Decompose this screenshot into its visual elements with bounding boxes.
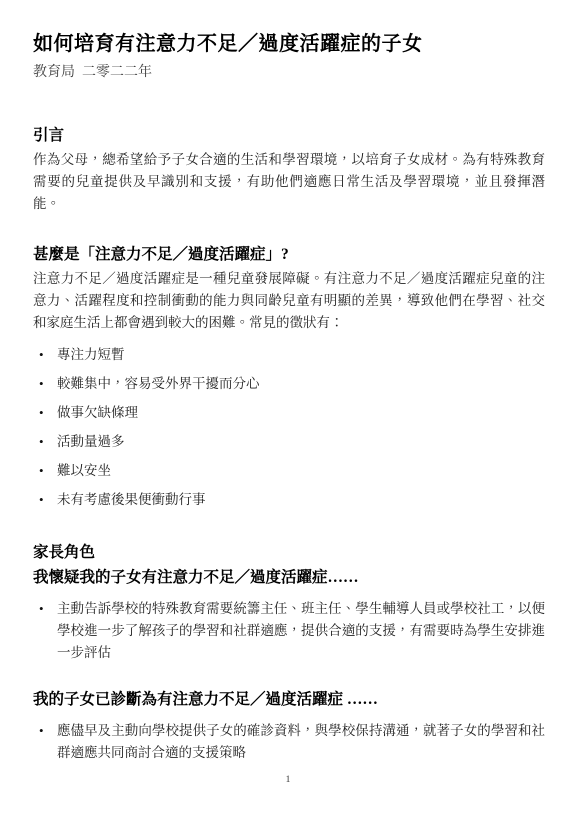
parent-role-heading: 家長角色 — [33, 543, 545, 563]
symptom-text: 較難集中，容易受外界干擾而分心 — [57, 376, 260, 391]
what-is-adhd-heading: 甚麼是「注意力不足／過度活躍症」? — [33, 245, 545, 265]
symptom-text: 做事欠缺條理 — [57, 405, 138, 420]
symptom-item: • 活動量過多 — [33, 431, 545, 453]
diagnosed-advice-list: • 應儘早及主動向學校提供子女的確診資料，與學校保持溝通，就著子女的學習和社群適… — [33, 720, 545, 764]
symptom-item: • 難以安坐 — [33, 460, 545, 482]
bullet-icon: • — [39, 431, 63, 453]
bullet-icon: • — [39, 373, 63, 395]
advice-item: • 應儘早及主動向學校提供子女的確診資料，與學校保持溝通，就著子女的學習和社群適… — [33, 720, 545, 764]
bullet-icon: • — [39, 344, 63, 366]
bullet-icon: • — [39, 460, 63, 482]
diagnosed-adhd-subheading: 我的子女已診斷為有注意力不足／過度活躍症 …… — [33, 690, 545, 710]
document-page: 如何培育有注意力不足／過度活躍症的子女 教育局 二零二二年 引言 作為父母，總希… — [0, 0, 576, 817]
bullet-icon: • — [39, 598, 63, 620]
symptom-text: 未有考慮後果便衝動行事 — [57, 492, 206, 507]
advice-text: 應儘早及主動向學校提供子女的確診資料，與學校保持溝通，就著子女的學習和社群適應共… — [57, 723, 545, 760]
symptom-item: • 專注力短暫 — [33, 344, 545, 366]
symptom-item: • 未有考慮後果便衝動行事 — [33, 489, 545, 511]
symptom-text: 專注力短暫 — [57, 347, 125, 362]
advice-item: • 主動告訴學校的特殊教育需要統籌主任、班主任、學生輔導人員或學校社工，以便學校… — [33, 598, 545, 664]
bullet-icon: • — [39, 489, 63, 511]
bullet-icon: • — [39, 720, 63, 742]
symptom-text: 活動量過多 — [57, 434, 125, 449]
page-number: 1 — [0, 774, 576, 786]
suspect-adhd-subheading: 我懷疑我的子女有注意力不足／過度活躍症…… — [33, 568, 545, 588]
symptom-text: 難以安坐 — [57, 463, 111, 478]
symptom-item: • 做事欠缺條理 — [33, 402, 545, 424]
suspect-advice-list: • 主動告訴學校的特殊教育需要統籌主任、班主任、學生輔導人員或學校社工，以便學校… — [33, 598, 545, 664]
symptom-item: • 較難集中，容易受外界干擾而分心 — [33, 373, 545, 395]
intro-paragraph: 作為父母，總希望給予子女合適的生活和學習環境，以培育子女成材。為有特殊教育需要的… — [33, 149, 545, 215]
what-is-adhd-paragraph: 注意力不足／過度活躍症是一種兒童發展障礙。有注意力不足／過度活躍症兒童的注意力、… — [33, 268, 545, 334]
document-byline: 教育局 二零二二年 — [33, 64, 545, 82]
bullet-icon: • — [39, 402, 63, 424]
symptom-list: • 專注力短暫 • 較難集中，容易受外界干擾而分心 • 做事欠缺條理 • 活動量… — [33, 344, 545, 511]
document-title: 如何培育有注意力不足／過度活躍症的子女 — [33, 32, 545, 56]
advice-text: 主動告訴學校的特殊教育需要統籌主任、班主任、學生輔導人員或學校社工，以便學校進一… — [57, 601, 545, 660]
intro-heading: 引言 — [33, 126, 545, 146]
